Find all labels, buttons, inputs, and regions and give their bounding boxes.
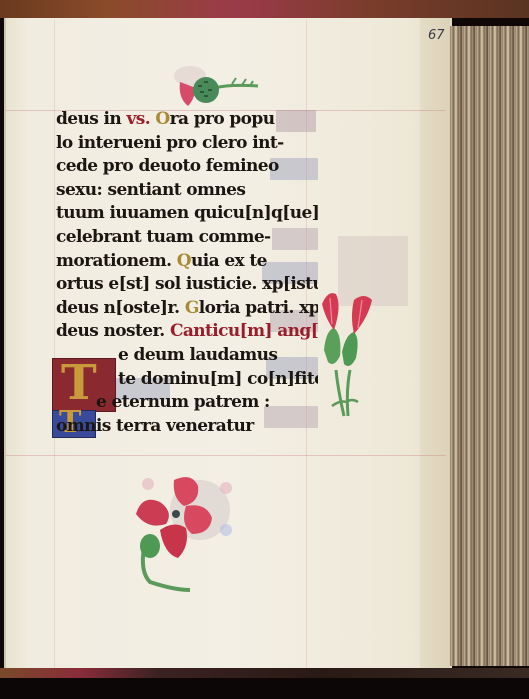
page-edges-stack: [450, 26, 529, 666]
book-binding-bottom: [0, 668, 529, 699]
text-line: tuum iuuamen quicu[n]q[ue]: [56, 202, 318, 226]
text-line: ortus e[st] sol iusticie. xp[istu]s: [56, 273, 318, 297]
text-line: lo interueni pro clero int-: [56, 132, 318, 156]
text-segment: loria patri. xp[istu]s: [199, 298, 318, 318]
text-segment: celebrant tuam comme-: [56, 227, 271, 247]
text-line: e eternum patrem :: [56, 391, 318, 415]
text-segment: e eternum patrem :: [96, 392, 270, 412]
text-segment: tuum iuuamen quicu[n]q[ue]: [56, 203, 318, 223]
gold-initial: O: [150, 109, 170, 129]
thistle-icon: [170, 62, 265, 112]
text-line: deus n[oste]r. Gloria patri. xp[istu]s: [56, 297, 318, 321]
ruling-vertical: [54, 20, 55, 668]
text-segment: deus n[oste]r.: [56, 298, 185, 318]
wild-rose-icon: [130, 472, 240, 597]
text-segment: e deum laudamus: [118, 345, 277, 365]
text-line: te dominu[m] co[n]fiten[tur]: [56, 368, 318, 392]
text-line: sexu: sentiant omnes: [56, 179, 318, 203]
text-segment: sexu: sentiant omnes: [56, 180, 245, 200]
text-segment: te dominu[m] co[n]fiten[tur]: [118, 369, 318, 389]
text-segment: deus noster.: [56, 321, 170, 341]
page-fore-edge-margin: [420, 18, 450, 670]
text-line: celebrant tuam comme-: [56, 226, 318, 250]
text-segment: ortus e[st] sol iusticie. xp[istu]s: [56, 274, 318, 294]
text-line: cede pro deuoto femineo: [56, 155, 318, 179]
text-segment: uia ex te: [191, 251, 267, 271]
text-segment: lo interueni pro clero int-: [56, 133, 284, 153]
text-segment: morationem.: [56, 251, 177, 271]
text-segment: omnis terra veneratur: [56, 416, 254, 436]
gold-initial: G: [185, 298, 199, 318]
book-binding-top: [0, 0, 529, 18]
text-line: e deum laudamus: [56, 344, 318, 368]
rubric: Canticu[m] ang[eli]: [170, 321, 318, 341]
folio-number: 67: [428, 28, 445, 43]
carnation-buds-icon: [318, 290, 380, 425]
rubric: vs.: [127, 109, 151, 129]
text-line: omnis terra veneratur: [56, 415, 318, 439]
text-line: deus noster. Canticu[m] ang[eli]: [56, 320, 318, 344]
ruling-line: [6, 455, 446, 456]
text-line: morationem. Quia ex te: [56, 250, 318, 274]
text-column: deus in vs. Ora pro popu lo interueni pr…: [56, 108, 318, 438]
text-segment: deus in: [56, 109, 127, 129]
gold-initial: Q: [177, 251, 191, 271]
text-segment: cede pro deuoto femineo: [56, 156, 279, 176]
binding-band: [0, 668, 529, 678]
text-segment: ra pro popu: [170, 109, 275, 129]
